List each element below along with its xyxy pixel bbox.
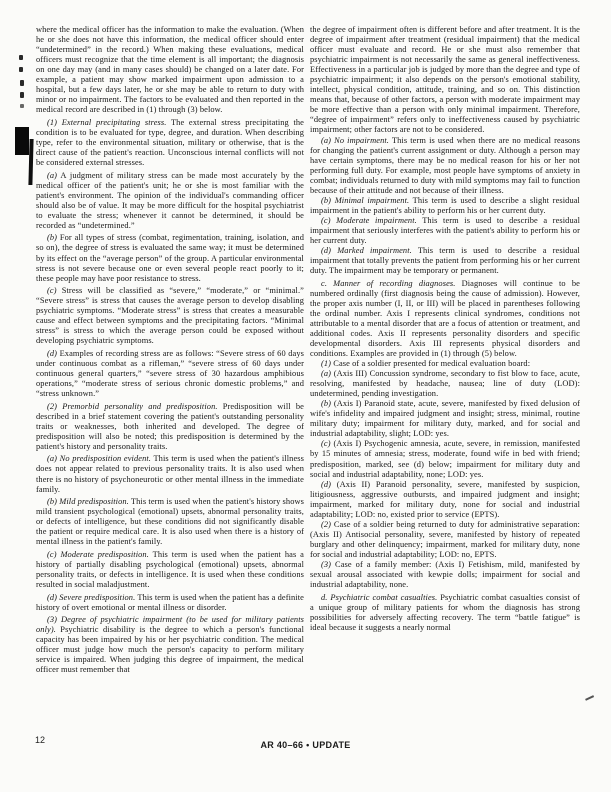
paragraph: (1) External precipitating stress. The e…	[36, 118, 304, 168]
left-text-column: where the medical officer has the inform…	[36, 25, 304, 675]
paragraph-lead: (a)	[321, 369, 331, 378]
margin-pencil-mark	[585, 695, 594, 700]
paragraph: (b) Minimal impairment. This term is use…	[310, 196, 580, 216]
paragraph-lead: (b)	[47, 233, 57, 242]
paragraph-lead: (3)	[321, 560, 331, 569]
paragraph: (3) Degree of psychiatric impairment (to…	[36, 615, 304, 675]
paragraph: (d) Marked impairment. This term is used…	[310, 246, 580, 276]
paragraph: d. Psychiatric combat casualties. Psychi…	[310, 593, 580, 633]
paragraph-text: Diagnoses will continue to be numbered o…	[310, 279, 580, 358]
paragraph-lead: (d) Marked impairment.	[321, 246, 412, 255]
paragraph-text: (Axis I) Psychogenic amnesia, acute, sev…	[310, 439, 580, 478]
paragraph-lead: (1)	[321, 359, 331, 368]
paragraph-lead: (b)	[321, 399, 331, 408]
paragraph-text: For all types of stress (combat, regimen…	[36, 233, 304, 282]
paragraph-lead: (c) Moderate impairment.	[321, 216, 417, 225]
paragraph-lead: (2)	[321, 520, 331, 529]
paragraph-text: A judgment of military stress can be mad…	[36, 171, 304, 230]
paragraph: (d) (Axis II) Paranoid personality, seve…	[310, 480, 580, 520]
paragraph: (c) Moderate predisposition. This term i…	[36, 550, 304, 590]
paragraph-text: Psychiatric disability is the degree to …	[36, 625, 304, 674]
paragraph: (b) Mild predisposition. This term is us…	[36, 497, 304, 547]
paragraph-text: Stress will be classified as “severe,” “…	[36, 286, 304, 345]
paragraph: (d) Severe predisposition. This term is …	[36, 593, 304, 613]
right-text-column: the degree of impairment often is differ…	[310, 25, 580, 633]
paragraph-text: (Axis I) Paranoid state, acute, severe, …	[310, 399, 580, 438]
paragraph-text: Case of a family member: (Axis I) Fetish…	[310, 560, 580, 589]
paragraph-lead: (b) Mild predisposition.	[47, 497, 129, 506]
paragraph-text: where the medical officer has the inform…	[36, 25, 304, 114]
paragraph: (2) Case of a soldier being returned to …	[310, 520, 580, 560]
paragraph-text: Case of a soldier presented for medical …	[331, 359, 530, 368]
paragraph-lead: d. Psychiatric combat casualties.	[321, 593, 437, 602]
paragraph-lead: (d) Severe predisposition.	[47, 593, 135, 602]
paragraph: (a) (Axis III) Concussion syndrome, seco…	[310, 369, 580, 399]
document-reference: AR 40–66 • UPDATE	[0, 740, 611, 750]
margin-black-bar-mark	[28, 139, 33, 185]
paragraph-lead: (a) No predisposition evident.	[47, 454, 151, 463]
margin-tick-mark	[19, 67, 23, 72]
paragraph: (d) Examples of recording stress are as …	[36, 349, 304, 399]
paragraph-lead: (c) Moderate predisposition.	[47, 550, 149, 559]
paragraph: (3) Case of a family member: (Axis I) Fe…	[310, 560, 580, 590]
paragraph-lead: c. Manner of recording diagnoses.	[321, 279, 455, 288]
paragraph: (2) Premorbid personality and predisposi…	[36, 402, 304, 452]
paragraph-lead: (1) External precipitating stress.	[47, 118, 166, 127]
paragraph-lead: (c)	[47, 286, 57, 295]
paragraph-lead: (a)	[47, 171, 57, 180]
paragraph-lead: (2) Premorbid personality and predisposi…	[47, 402, 218, 411]
paragraph-text: the degree of impairment often is differ…	[310, 25, 580, 134]
paragraph-lead: (a) No impairment.	[321, 136, 389, 145]
margin-tick-mark	[20, 104, 24, 108]
margin-tick-mark	[20, 92, 24, 98]
paragraph-lead: (c)	[321, 439, 331, 448]
paragraph: where the medical officer has the inform…	[36, 25, 304, 115]
paragraph: (1) Case of a soldier presented for medi…	[310, 359, 580, 369]
paragraph-lead: (d)	[321, 480, 331, 489]
margin-tick-mark	[19, 55, 23, 60]
paragraph: c. Manner of recording diagnoses. Diagno…	[310, 279, 580, 359]
paragraph-lead: (b) Minimal impairment.	[321, 196, 409, 205]
paragraph: (a) No impairment. This term is used whe…	[310, 136, 580, 196]
document-page: where the medical officer has the inform…	[0, 0, 611, 792]
paragraph: (b) (Axis I) Paranoid state, acute, seve…	[310, 399, 580, 439]
paragraph: (a) No predisposition evident. This term…	[36, 454, 304, 494]
paragraph-lead: (d)	[47, 349, 57, 358]
paragraph: (c) Stress will be classified as “severe…	[36, 286, 304, 346]
margin-tick-mark	[20, 80, 24, 86]
paragraph: (a) A judgment of military stress can be…	[36, 171, 304, 231]
paragraph-text: Examples of recording stress are as foll…	[36, 349, 304, 398]
paragraph: (c) Moderate impairment. This term is us…	[310, 216, 580, 246]
paragraph: (c) (Axis I) Psychogenic amnesia, acute,…	[310, 439, 580, 479]
paragraph: the degree of impairment often is differ…	[310, 25, 580, 136]
paragraph-text: (Axis III) Concussion syndrome, secondar…	[310, 369, 580, 398]
margin-black-block-mark	[15, 127, 29, 155]
paragraph-text: (Axis II) Paranoid personality, severe, …	[310, 480, 580, 519]
paragraph-text: Case of a soldier being returned to duty…	[310, 520, 580, 559]
paragraph: (b) For all types of stress (combat, reg…	[36, 233, 304, 283]
